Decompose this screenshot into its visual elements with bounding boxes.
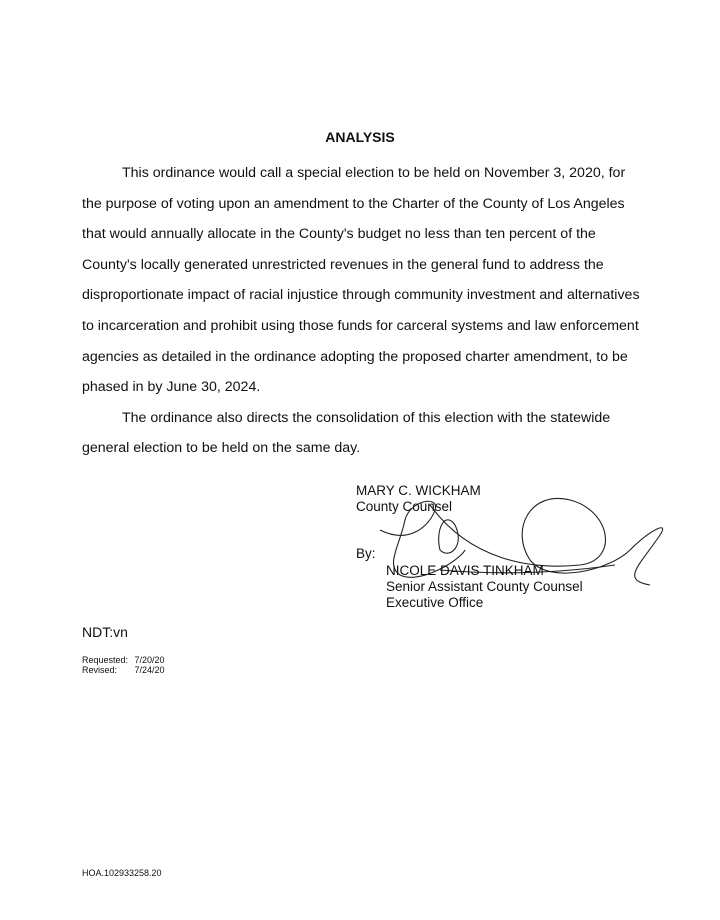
document-title: ANALYSIS [0,129,720,145]
revised-value: 7/24/20 [135,665,165,675]
by-label: By: [356,546,376,561]
analysis-body: This ordinance would call a special elec… [82,158,642,464]
paragraph-2: The ordinance also directs the consolida… [82,403,642,464]
initials: NDT:vn [82,624,128,640]
signer-name: NICOLE DAVIS TINKHAM [386,563,583,579]
dates-block: Requested: 7/20/20 Revised: 7/24/20 [82,655,165,675]
signer-block: NICOLE DAVIS TINKHAM Senior Assistant Co… [386,563,583,611]
document-id: HOA.102933258.20 [82,868,162,878]
requested-row: Requested: 7/20/20 [82,655,165,665]
signer-office: Executive Office [386,595,583,611]
paragraph-1: This ordinance would call a special elec… [82,158,642,403]
requested-label: Requested: [82,655,132,665]
requested-value: 7/20/20 [135,655,165,665]
revised-label: Revised: [82,665,132,675]
signer-title: Senior Assistant County Counsel [386,579,583,595]
revised-row: Revised: 7/24/20 [82,665,165,675]
